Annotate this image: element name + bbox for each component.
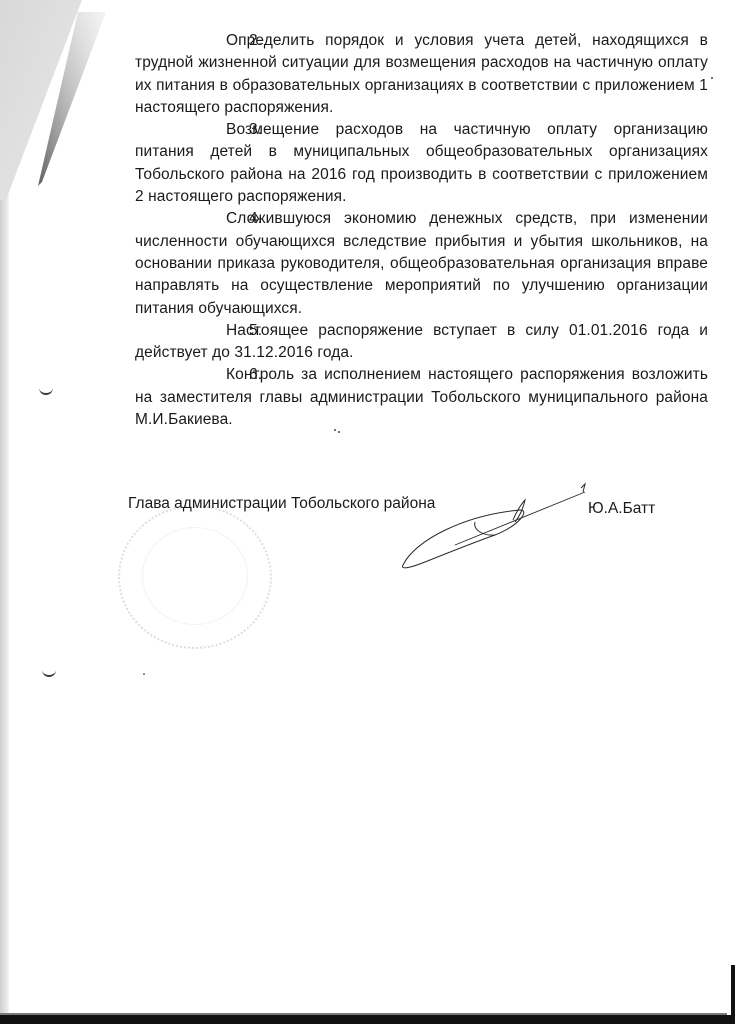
paragraph-6: 6.Контроль за исполнением настоящего рас… [135,364,708,431]
paragraph-number: 5. [192,320,226,342]
scan-speck [338,431,340,433]
paragraph-number: 3. [192,119,226,141]
scan-speck [143,673,145,675]
paragraph-number: 4. [192,208,226,230]
paragraph-3: 3.Возмещение расходов на частичную оплат… [135,119,708,208]
scan-right-border [731,965,735,1015]
paragraph-number: 6. [192,364,226,386]
scan-speck [334,429,336,431]
binder-hole-mark-top [39,387,53,395]
scanned-document-page: 2.Определить порядок и условия учета дет… [0,0,735,1024]
handwritten-signature-icon [395,480,595,580]
paragraph-number: 2. [192,30,226,52]
scan-speck [711,77,713,79]
official-seal-stamp [118,505,272,649]
signatory-name: Ю.А.Батт [588,500,655,518]
binder-hole-mark-bottom [42,669,56,677]
signatory-title: Глава администрации Тобольского района [128,495,435,513]
seal-inner-ring [142,527,248,625]
paragraph-2: 2.Определить порядок и условия учета дет… [135,30,708,119]
scan-bottom-border [0,1015,735,1024]
scan-left-edge-shadow [0,0,9,1024]
document-body: 2.Определить порядок и условия учета дет… [135,30,708,431]
paragraph-5: 5.Настоящее распоряжение вступает в силу… [135,320,708,365]
folded-corner-shadow [0,0,110,210]
paragraph-4: 4.Сложившуюся экономию денежных средств,… [135,208,708,319]
